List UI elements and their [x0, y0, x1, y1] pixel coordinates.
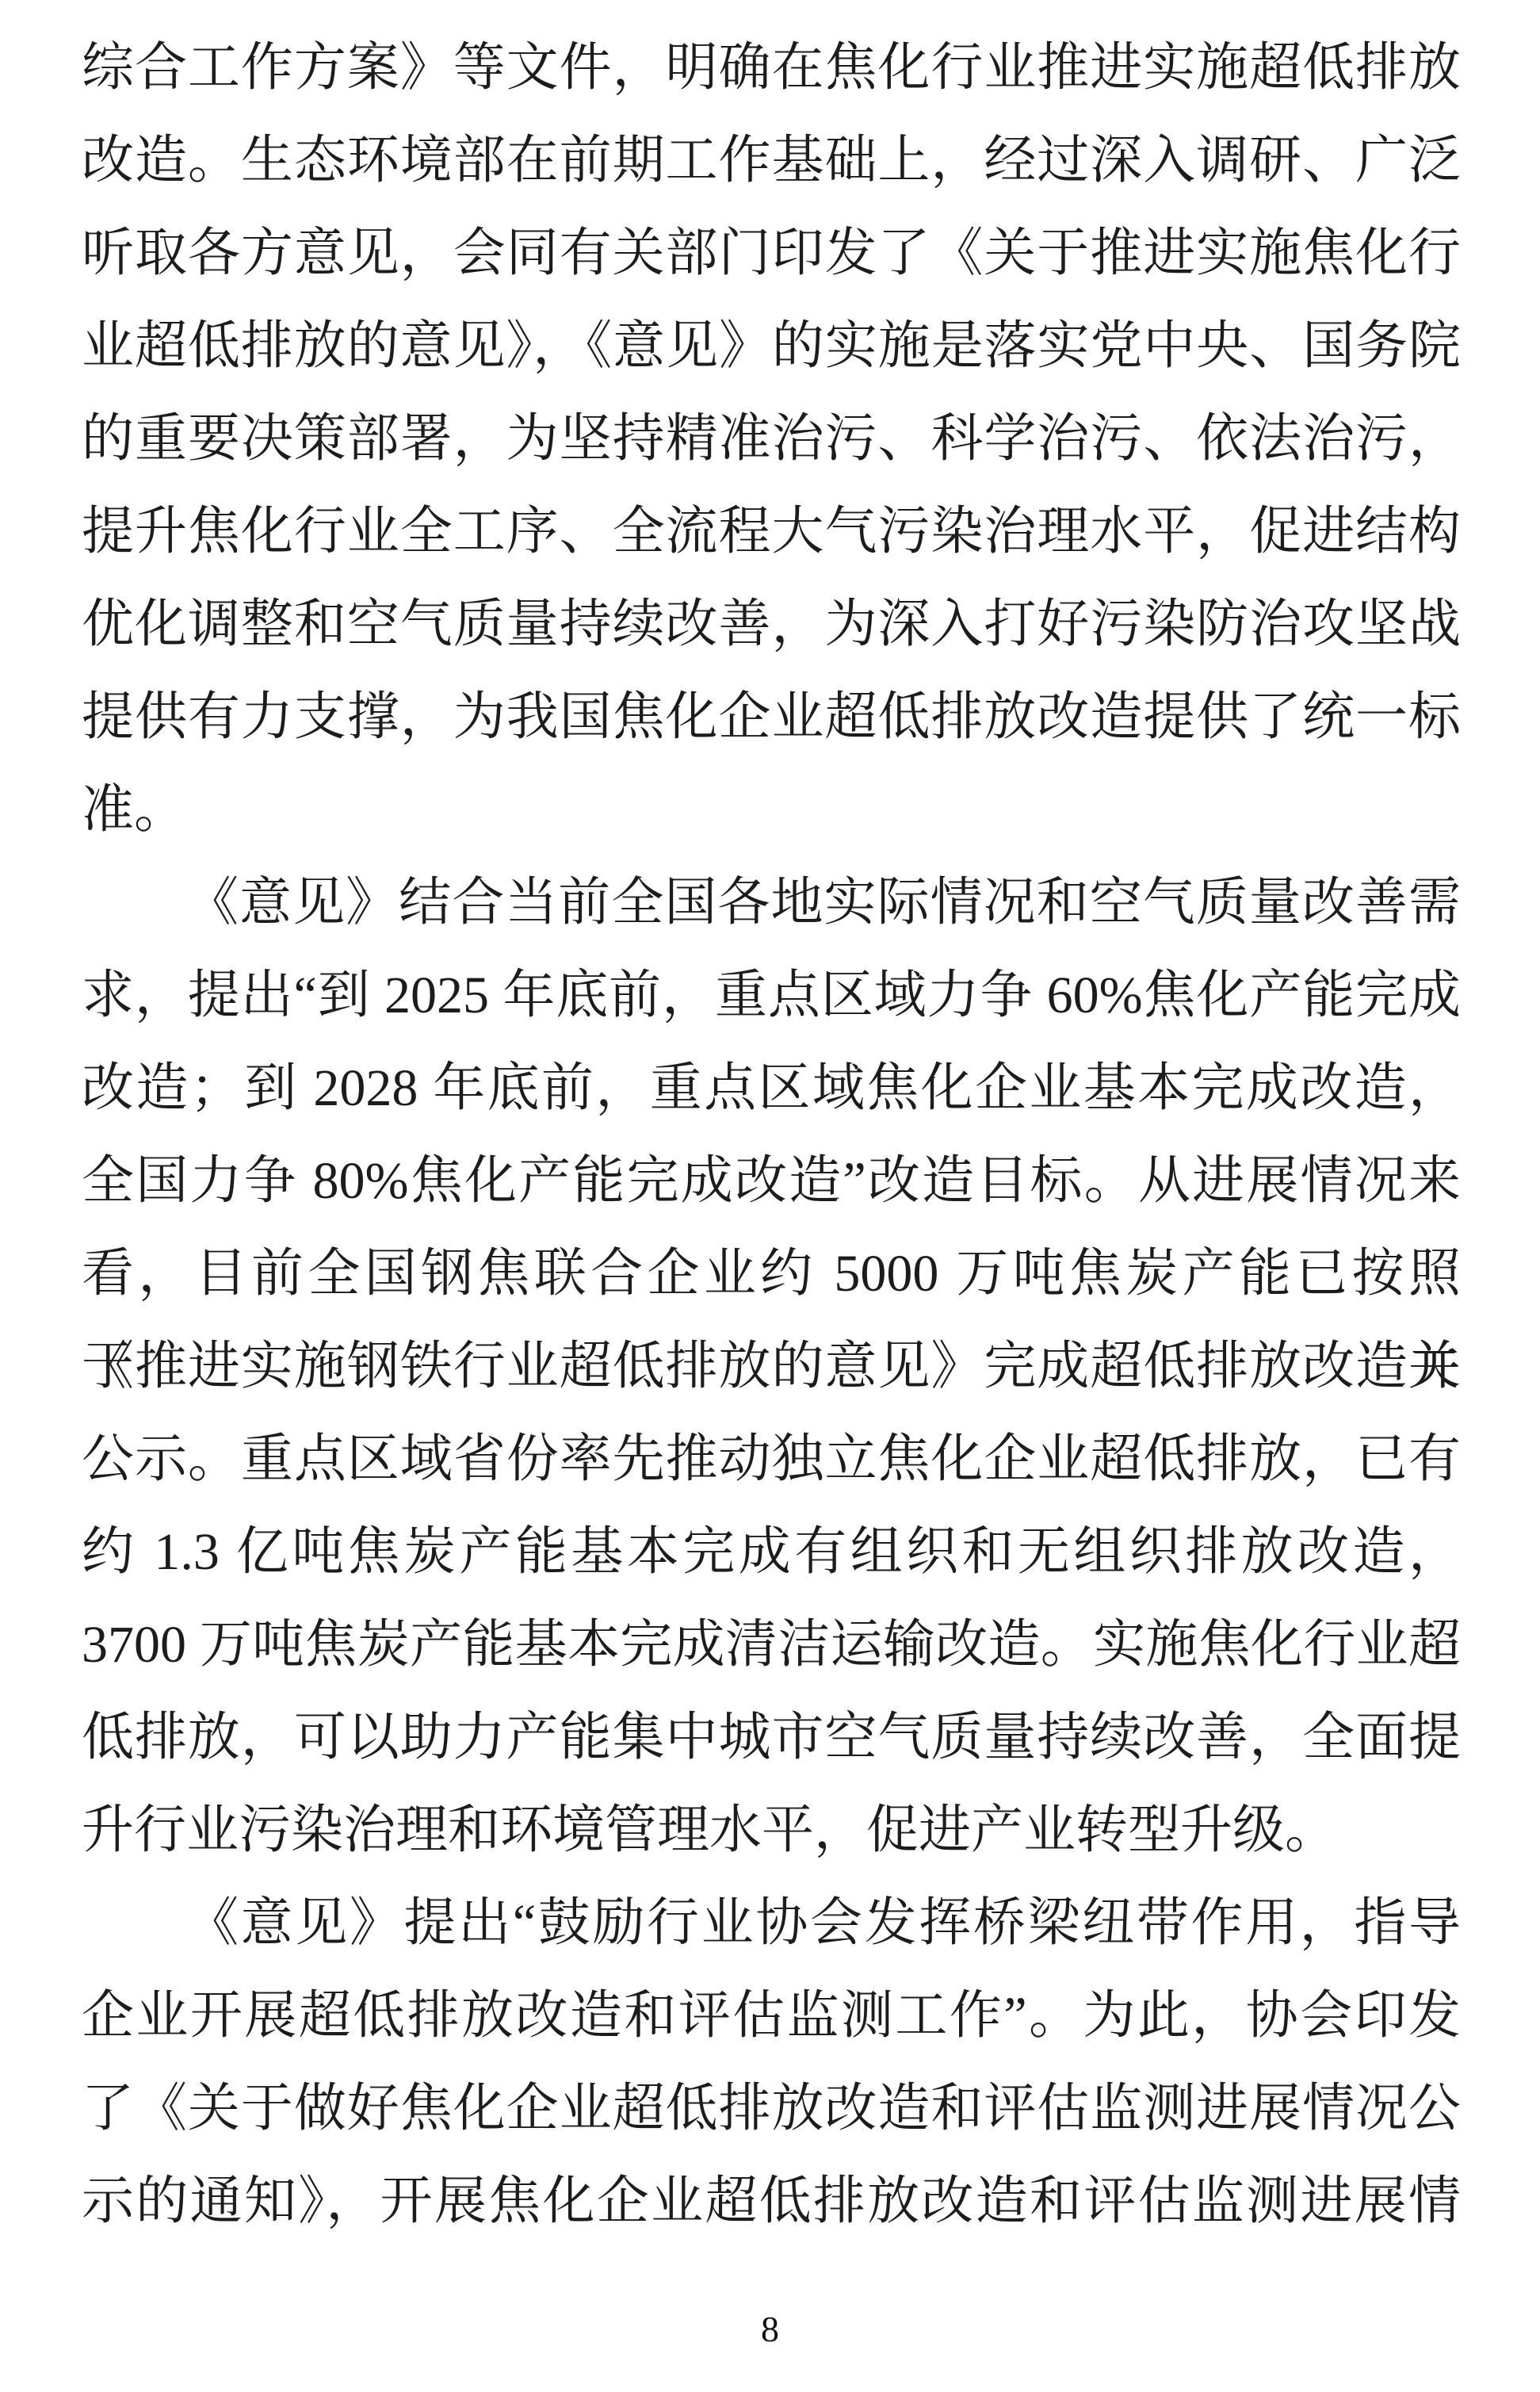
text-line: 《意见》结合当前全国各地实际情况和空气质量改善需: [82, 856, 1461, 949]
text-line: 3700 万吨焦炭产能基本完成清洁运输改造。实施焦化行业超: [82, 1598, 1461, 1691]
text-line: 提升焦化行业全工序、全流程大气污染治理水平，促进结构: [82, 485, 1461, 578]
text-line: 了《关于做好焦化企业超低排放改造和评估监测进展情况公: [82, 2062, 1461, 2155]
text-line: 求，提出“到 2025 年底前，重点区域力争 60%焦化产能完成: [82, 949, 1461, 1042]
text-line: 优化调整和空气质量持续改善，为深入打好污染防治攻坚战: [82, 578, 1461, 671]
page-number: 8: [0, 2306, 1540, 2353]
paragraph-1: 综合工作方案》等文件，明确在焦化行业推进实施超低排放 改造。生态环境部在前期工作…: [82, 21, 1461, 856]
text-line: 业超低排放的意见》，《意见》的实施是落实党中央、国务院: [82, 300, 1461, 392]
text-line: 示的通知》，开展焦化企业超低排放改造和评估监测进展情: [82, 2155, 1461, 2248]
text-line: 听取各方意见，会同有关部门印发了《关于推进实施焦化行: [82, 207, 1461, 300]
text-line: 《意见》提出“鼓励行业协会发挥桥梁纽带作用，指导: [82, 1877, 1461, 1969]
text-line: 看，目前全国钢焦联合企业约 5000 万吨焦炭产能已按照《关: [82, 1227, 1461, 1320]
body-text: 综合工作方案》等文件，明确在焦化行业推进实施超低排放 改造。生态环境部在前期工作…: [82, 21, 1461, 2248]
paragraph-3: 《意见》提出“鼓励行业协会发挥桥梁纽带作用，指导 企业开展超低排放改造和评估监测…: [82, 1877, 1461, 2248]
text-line: 综合工作方案》等文件，明确在焦化行业推进实施超低排放: [82, 21, 1461, 114]
text-line: 升行业污染治理和环境管理水平，促进产业转型升级。: [82, 1784, 1461, 1877]
text-line: 低排放，可以助力产能集中城市空气质量持续改善，全面提: [82, 1691, 1461, 1784]
paragraph-2: 《意见》结合当前全国各地实际情况和空气质量改善需 求，提出“到 2025 年底前…: [82, 856, 1461, 1877]
text-line: 约 1.3 亿吨焦炭产能基本完成有组织和无组织排放改造，: [82, 1506, 1461, 1598]
text-line: 改造；到 2028 年底前，重点区域焦化企业基本完成改造，: [82, 1042, 1461, 1135]
text-line: 企业开展超低排放改造和评估监测工作”。为此，协会印发: [82, 1969, 1461, 2062]
text-line: 准。: [82, 764, 1461, 856]
text-line: 于推进实施钢铁行业超低排放的意见》完成超低排放改造并: [82, 1320, 1461, 1413]
text-line: 提供有力支撑，为我国焦化企业超低排放改造提供了统一标: [82, 671, 1461, 764]
text-line: 公示。重点区域省份率先推动独立焦化企业超低排放，已有: [82, 1413, 1461, 1506]
text-line: 全国力争 80%焦化产能完成改造”改造目标。从进展情况来: [82, 1135, 1461, 1227]
text-line: 改造。生态环境部在前期工作基础上，经过深入调研、广泛: [82, 114, 1461, 207]
document-page: 综合工作方案》等文件，明确在焦化行业推进实施超低排放 改造。生态环境部在前期工作…: [0, 0, 1540, 2392]
text-line: 的重要决策部署，为坚持精准治污、科学治污、依法治污，: [82, 392, 1461, 485]
